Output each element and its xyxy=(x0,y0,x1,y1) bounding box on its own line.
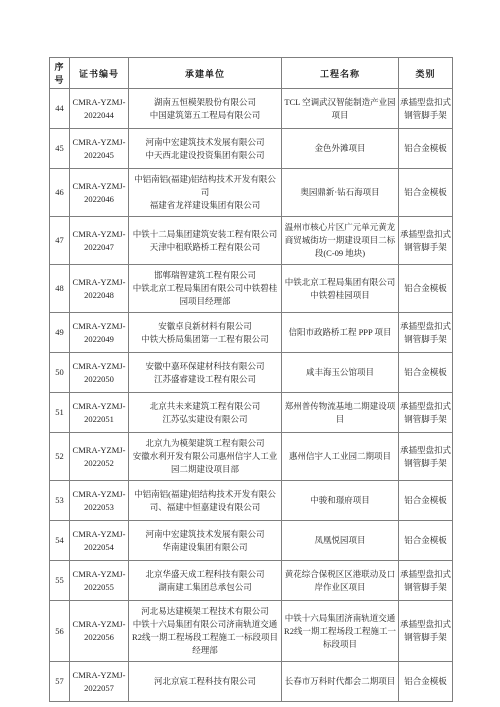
row-number-cell: 48 xyxy=(50,265,70,313)
certificate-number-cell: CMRA-YZMJ-2022055 xyxy=(70,561,129,601)
project-name-cell: 中铁十六局集团济南轨道交通R2线一期工程场段工程施工一标段项目 xyxy=(282,601,399,662)
certificate-number-cell: CMRA-YZMJ-2022052 xyxy=(70,433,129,481)
table-row: 55CMRA-YZMJ-2022055北京华盛天成工程科技有限公司湖南建工集团总… xyxy=(50,561,453,601)
table-row: 44CMRA-YZMJ-2022044湖南五恒模架股份有限公司中国建筑第五工程局… xyxy=(50,89,453,129)
contractor-cell: 安徽中嘉环保建材科技有限公司江苏盛睿建设工程有限公司 xyxy=(129,353,282,393)
column-header: 类别 xyxy=(399,58,453,89)
row-number-cell: 52 xyxy=(50,433,70,481)
contractor-line: 北京华盛天成工程科技有限公司 xyxy=(131,568,279,581)
column-header: 证书编号 xyxy=(70,58,129,89)
table-row: 45CMRA-YZMJ-2022045河南中宏建筑技术发展有限公司中天西北建设投… xyxy=(50,129,453,169)
contractor-cell: 中铝南铝(福建)铝结构技术开发有限公司福建省龙祥建设集团有限公司 xyxy=(129,169,282,217)
table-body: 44CMRA-YZMJ-2022044湖南五恒模架股份有限公司中国建筑第五工程局… xyxy=(50,89,453,702)
project-name-cell: 黄花综合保税区区港联动及口岸作业区项目 xyxy=(282,561,399,601)
column-header: 承建单位 xyxy=(129,58,282,89)
project-name-cell: 中铁北京工程局集团有限公司中铁碧桂园项目 xyxy=(282,265,399,313)
contractor-cell: 河南中宏建筑技术发展有限公司华南建设集团有限公司 xyxy=(129,521,282,561)
table-row: 53CMRA-YZMJ-2022053中铝南铝(福建)铝结构技术开发有限公司、福… xyxy=(50,481,453,521)
category-cell: 铝合金模板 xyxy=(399,265,453,313)
contractor-line: 安徽水利开发有限公司惠州信宇人工业园二期建设项目部 xyxy=(131,450,279,476)
table-row: 46CMRA-YZMJ-2022046中铝南铝(福建)铝结构技术开发有限公司福建… xyxy=(50,169,453,217)
row-number-cell: 49 xyxy=(50,313,70,353)
table-row: 52CMRA-YZMJ-2022052北京九为模架建筑工程有限公司安徽水利开发有… xyxy=(50,433,453,481)
contractor-cell: 河南中宏建筑技术发展有限公司中天西北建设投资集团有限公司 xyxy=(129,129,282,169)
category-cell: 承插型盘扣式钢管脚手架 xyxy=(399,217,453,265)
contractor-line: 华南建设集团有限公司 xyxy=(131,541,279,554)
contractor-line: 河北易达建模架工程技术有限公司 xyxy=(131,605,279,618)
contractor-line: 河南中宏建筑技术发展有限公司 xyxy=(131,136,279,149)
contractor-line: 湖南建工集团总承包公司 xyxy=(131,581,279,594)
contractor-line: 中铝南铝(福建)铝结构技术开发有限公司、福建中恒嘉建设有限公司 xyxy=(131,488,279,514)
row-number-cell: 45 xyxy=(50,129,70,169)
contractor-line: 中铁十二局集团建筑安装工程有限公司 xyxy=(131,228,279,241)
contractor-line: 河南中宏建筑技术发展有限公司 xyxy=(131,528,279,541)
row-number-cell: 51 xyxy=(50,393,70,433)
row-number-cell: 50 xyxy=(50,353,70,393)
project-name-cell: 温州市核心片区广元单元黄龙商贸城街坊一期建设项目二标段(C-09 地块) xyxy=(282,217,399,265)
project-name-cell: 奥园鼎新·钻石海项目 xyxy=(282,169,399,217)
contractor-line: 天津中租联路桥工程有限公司 xyxy=(131,241,279,254)
row-number-cell: 53 xyxy=(50,481,70,521)
table-row: 48CMRA-YZMJ-2022048邯郸瑞智建筑工程有限公司中铁北京工程局集团… xyxy=(50,265,453,313)
column-header: 序号 xyxy=(50,58,70,89)
contractor-line: 中国建筑第五工程局有限公司 xyxy=(131,109,279,122)
contractor-cell: 北京九为模架建筑工程有限公司安徽水利开发有限公司惠州信宇人工业园二期建设项目部 xyxy=(129,433,282,481)
contractor-line: 北京九为模架建筑工程有限公司 xyxy=(131,437,279,450)
contractor-cell: 中铝南铝(福建)铝结构技术开发有限公司、福建中恒嘉建设有限公司 xyxy=(129,481,282,521)
category-cell: 承插型盘扣式钢管脚手架 xyxy=(399,601,453,662)
contractor-line: 中铁大桥局集团第一工程有限公司 xyxy=(131,333,279,346)
certificate-number-cell: CMRA-YZMJ-2022056 xyxy=(70,601,129,662)
contractor-line: 北京共未来建筑工程有限公司 xyxy=(131,400,279,413)
category-cell: 承插型盘扣式钢管脚手架 xyxy=(399,313,453,353)
contractor-cell: 邯郸瑞智建筑工程有限公司中铁北京工程局集团有限公司中铁碧桂园项目经理部 xyxy=(129,265,282,313)
row-number-cell: 47 xyxy=(50,217,70,265)
table-row: 54CMRA-YZMJ-2022054河南中宏建筑技术发展有限公司华南建设集团有… xyxy=(50,521,453,561)
certificate-number-cell: CMRA-YZMJ-2022050 xyxy=(70,353,129,393)
category-cell: 承插型盘扣式钢管脚手架 xyxy=(399,393,453,433)
certificate-number-cell: CMRA-YZMJ-2022054 xyxy=(70,521,129,561)
row-number-cell: 55 xyxy=(50,561,70,601)
table-header-row: 序号证书编号承建单位工程名称类别 xyxy=(50,58,453,89)
project-name-cell: 金色外滩项目 xyxy=(282,129,399,169)
project-name-cell: 凤凰悦园项目 xyxy=(282,521,399,561)
category-cell: 铝合金模板 xyxy=(399,481,453,521)
contractor-cell: 北京华盛天成工程科技有限公司湖南建工集团总承包公司 xyxy=(129,561,282,601)
contractor-cell: 北京共未来建筑工程有限公司江苏弘实建设有限公司 xyxy=(129,393,282,433)
certificate-number-cell: CMRA-YZMJ-2022051 xyxy=(70,393,129,433)
project-name-cell: 长春市万科时代都会二期项目 xyxy=(282,662,399,702)
certificate-number-cell: CMRA-YZMJ-2022046 xyxy=(70,169,129,217)
contractor-line: 江苏盛睿建设工程有限公司 xyxy=(131,373,279,386)
project-name-cell: TCL 空调武汉智能制造产业园项目 xyxy=(282,89,399,129)
contractor-cell: 湖南五恒模架股份有限公司中国建筑第五工程局有限公司 xyxy=(129,89,282,129)
category-cell: 铝合金模板 xyxy=(399,353,453,393)
table-row: 47CMRA-YZMJ-2022047中铁十二局集团建筑安装工程有限公司天津中租… xyxy=(50,217,453,265)
contractor-line: 福建省龙祥建设集团有限公司 xyxy=(131,199,279,212)
project-name-cell: 信阳市政路桥工程 PPP 项目 xyxy=(282,313,399,353)
certificates-table: 序号证书编号承建单位工程名称类别 44CMRA-YZMJ-2022044湖南五恒… xyxy=(49,57,453,702)
table-row: 57CMRA-YZMJ-2022057河北京宸工程科技有限公司长春市万科时代都会… xyxy=(50,662,453,702)
project-name-cell: 惠州信宇人工业园二期项目 xyxy=(282,433,399,481)
project-name-cell: 郑州普传物流基地二期建设项目 xyxy=(282,393,399,433)
contractor-line: 河北京宸工程科技有限公司 xyxy=(131,675,279,688)
category-cell: 铝合金模板 xyxy=(399,129,453,169)
certificate-number-cell: CMRA-YZMJ-2022057 xyxy=(70,662,129,702)
category-cell: 承插型盘扣式钢管脚手架 xyxy=(399,433,453,481)
contractor-line: 中铝南铝(福建)铝结构技术开发有限公司 xyxy=(131,173,279,199)
project-name-cell: 咸丰海玉公馆项目 xyxy=(282,353,399,393)
category-cell: 铝合金模板 xyxy=(399,521,453,561)
certificate-number-cell: CMRA-YZMJ-2022048 xyxy=(70,265,129,313)
row-number-cell: 57 xyxy=(50,662,70,702)
contractor-line: 邯郸瑞智建筑工程有限公司 xyxy=(131,269,279,282)
contractor-line: 安徽卓良新材料有限公司 xyxy=(131,320,279,333)
contractor-line: 中天西北建设投资集团有限公司 xyxy=(131,149,279,162)
contractor-cell: 中铁十二局集团建筑安装工程有限公司天津中租联路桥工程有限公司 xyxy=(129,217,282,265)
contractor-line: 湖南五恒模架股份有限公司 xyxy=(131,96,279,109)
category-cell: 铝合金模板 xyxy=(399,662,453,702)
certificate-number-cell: CMRA-YZMJ-2022053 xyxy=(70,481,129,521)
category-cell: 承插型盘扣式钢管脚手架 xyxy=(399,89,453,129)
row-number-cell: 46 xyxy=(50,169,70,217)
certificate-number-cell: CMRA-YZMJ-2022047 xyxy=(70,217,129,265)
table-row: 51CMRA-YZMJ-2022051北京共未来建筑工程有限公司江苏弘实建设有限… xyxy=(50,393,453,433)
row-number-cell: 56 xyxy=(50,601,70,662)
contractor-cell: 河北京宸工程科技有限公司 xyxy=(129,662,282,702)
table-header: 序号证书编号承建单位工程名称类别 xyxy=(50,58,453,89)
table-row: 56CMRA-YZMJ-2022056河北易达建模架工程技术有限公司中铁十六局集… xyxy=(50,601,453,662)
column-header: 工程名称 xyxy=(282,58,399,89)
certificate-number-cell: CMRA-YZMJ-2022044 xyxy=(70,89,129,129)
category-cell: 铝合金模板 xyxy=(399,169,453,217)
contractor-line: 中铁北京工程局集团有限公司中铁碧桂园项目经理部 xyxy=(131,282,279,308)
certificate-number-cell: CMRA-YZMJ-2022049 xyxy=(70,313,129,353)
contractor-line: 安徽中嘉环保建材科技有限公司 xyxy=(131,360,279,373)
project-name-cell: 中骏和璟府项目 xyxy=(282,481,399,521)
contractor-cell: 河北易达建模架工程技术有限公司中铁十六局集团有限公司济南轨道交通R2线一期工程场… xyxy=(129,601,282,662)
document-page: 序号证书编号承建单位工程名称类别 44CMRA-YZMJ-2022044湖南五恒… xyxy=(0,0,500,707)
certificate-number-cell: CMRA-YZMJ-2022045 xyxy=(70,129,129,169)
table-row: 49CMRA-YZMJ-2022049安徽卓良新材料有限公司中铁大桥局集团第一工… xyxy=(50,313,453,353)
contractor-cell: 安徽卓良新材料有限公司中铁大桥局集团第一工程有限公司 xyxy=(129,313,282,353)
table-row: 50CMRA-YZMJ-2022050安徽中嘉环保建材科技有限公司江苏盛睿建设工… xyxy=(50,353,453,393)
row-number-cell: 44 xyxy=(50,89,70,129)
category-cell: 承插型盘扣式钢管脚手架 xyxy=(399,561,453,601)
row-number-cell: 54 xyxy=(50,521,70,561)
contractor-line: 中铁十六局集团有限公司济南轨道交通R2线一期工程场段工程施工一标段项目经理部 xyxy=(131,618,279,657)
contractor-line: 江苏弘实建设有限公司 xyxy=(131,413,279,426)
